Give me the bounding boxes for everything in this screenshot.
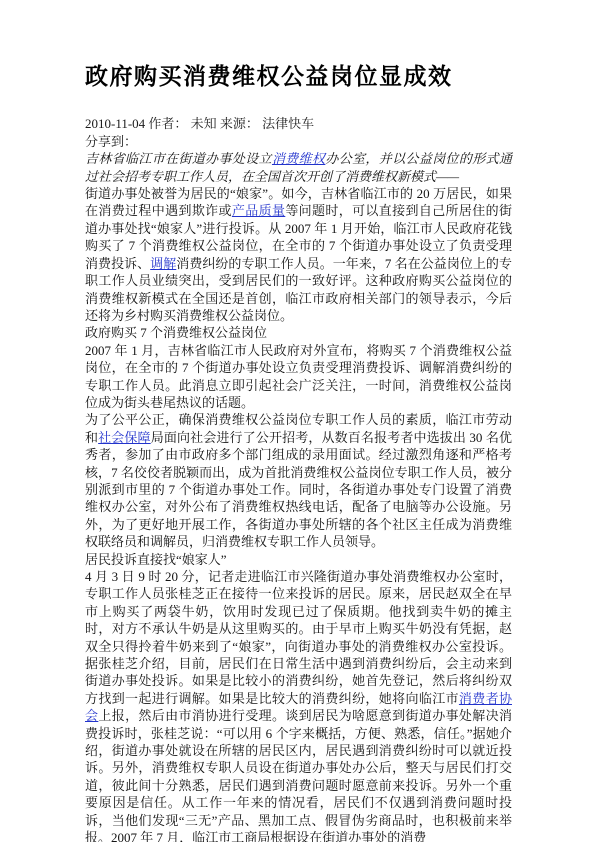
paragraph: 为了公平公正，确保消费维权公益岗位专职工作人员的素质，临江市劳动和社会保障局面向…: [85, 411, 512, 550]
text-run: 政府购买 7 个消费维权公益岗位: [85, 325, 267, 340]
paragraph: 街道办事处被誉为居民的“娘家”。如今，吉林省临江市的 20 万居民，如果在消费过…: [85, 185, 512, 324]
inline-link[interactable]: 社会保障: [98, 430, 151, 445]
section-heading: 政府购买 7 个消费维权公益岗位: [85, 324, 512, 341]
text-run: 居民投诉直接找“娘家人”: [85, 552, 227, 567]
share-label: 分享到：: [85, 133, 512, 150]
page-title: 政府购买消费维权公益岗位显成效: [85, 62, 512, 91]
section-heading: 居民投诉直接找“娘家人”: [85, 551, 512, 568]
paragraph: 2007 年 1 月，吉林省临江市人民政府对外宣布，将购买 7 个消费维权公益岗…: [85, 342, 512, 412]
text-run: 上报，然后由市消协进行受理。谈到居民为啥愿意到街道办事处解决消费投诉时，张桂芝说…: [85, 708, 512, 842]
text-run: 吉林省临江市在街道办事处设立: [85, 151, 272, 166]
article-body: 吉林省临江市在街道办事处设立消费维权办公室，并以公益岗位的形式通过社会招考专职工…: [85, 150, 512, 842]
text-run: 4 月 3 日 9 时 20 分，记者走进临江市兴隆街道办事处消费维权办公室时，…: [85, 569, 512, 706]
text-run: 2007 年 1 月，吉林省临江市人民政府对外宣布，将购买 7 个消费维权公益岗…: [85, 343, 512, 410]
text-run: 局面向社会进行了公开招考，从数百名报考者中选拔出 30 名优秀者，参加了由市政府…: [85, 430, 512, 549]
document-page: 政府购买消费维权公益岗位显成效 2010-11-04 作者： 未知 来源： 法律…: [0, 0, 595, 842]
paragraph: 4 月 3 日 9 时 20 分，记者走进临江市兴隆街道办事处消费维权办公室时，…: [85, 568, 512, 842]
article-meta: 2010-11-04 作者： 未知 来源： 法律快车: [85, 115, 512, 132]
inline-link[interactable]: 调解: [150, 256, 176, 271]
inline-link[interactable]: 产品质量: [232, 203, 285, 218]
paragraph: 吉林省临江市在街道办事处设立消费维权办公室，并以公益岗位的形式通过社会招考专职工…: [85, 150, 512, 185]
inline-link[interactable]: 消费维权: [272, 151, 325, 166]
